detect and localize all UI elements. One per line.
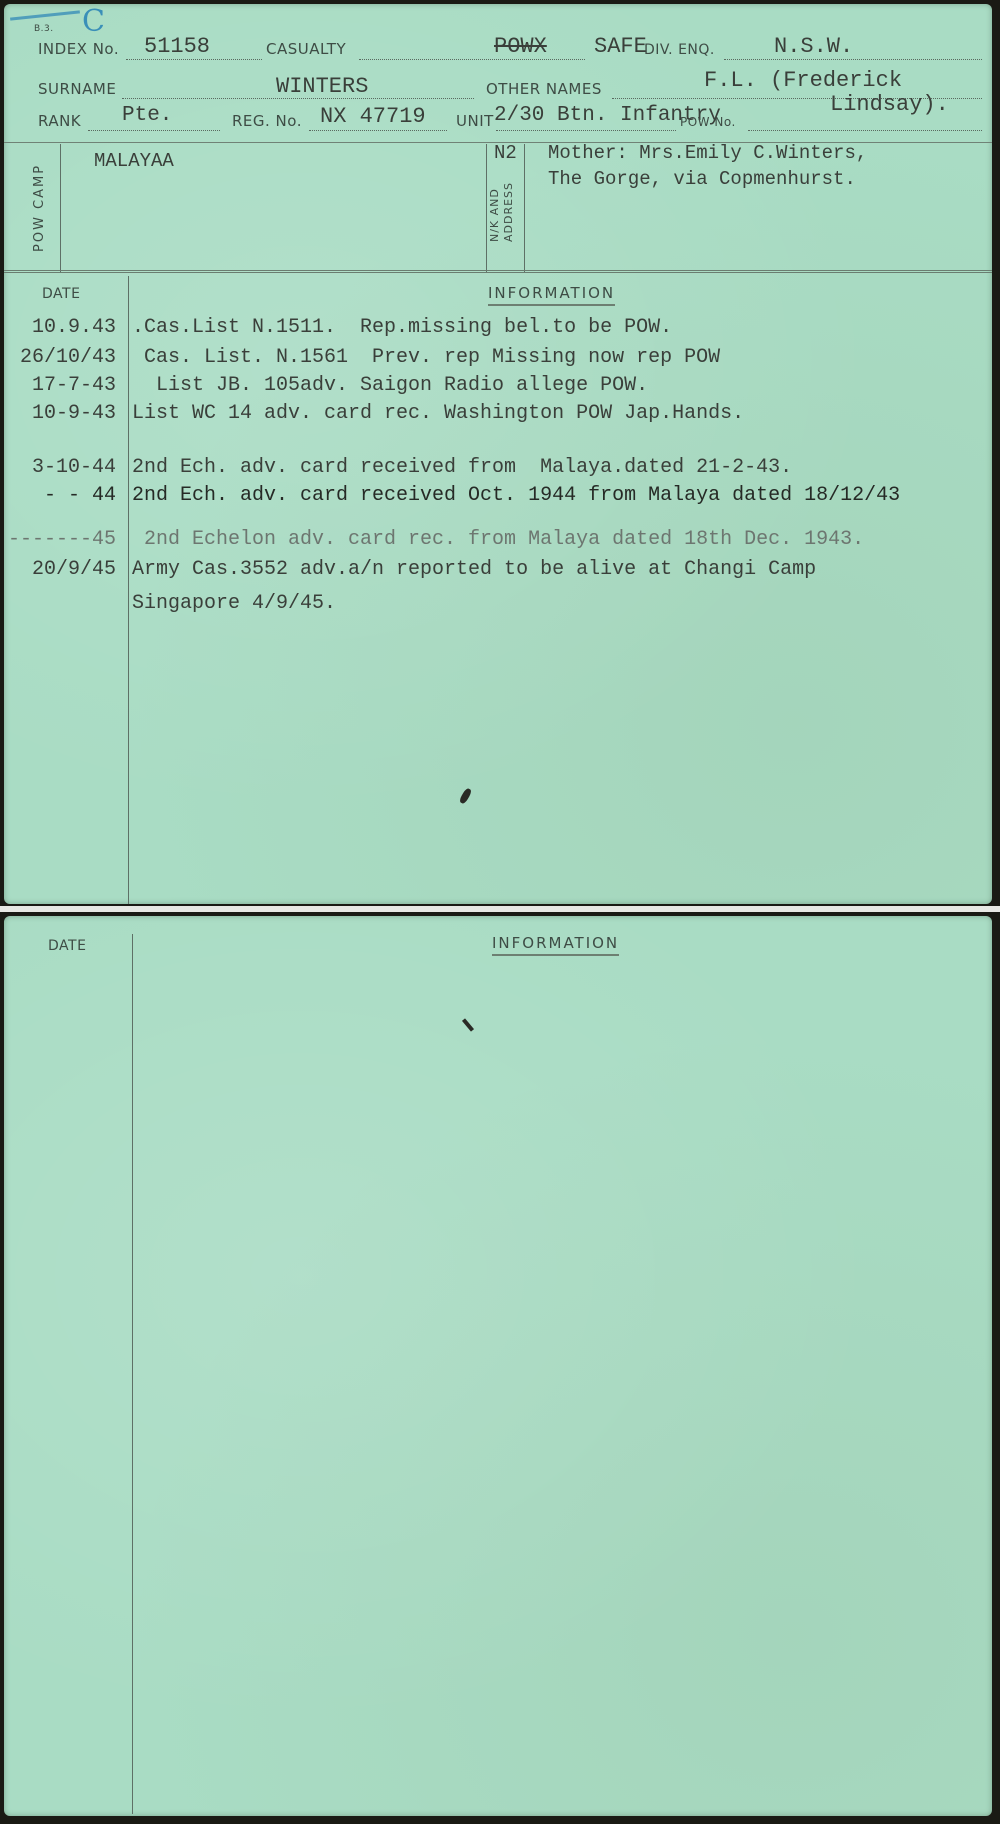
information-row: 17-7-43 List JB. 105adv. Saigon Radio al…	[4, 374, 992, 402]
entry-date: - - 44	[0, 484, 116, 507]
info-header: INFORMATION	[488, 284, 615, 306]
entry-date: 17-7-43	[0, 374, 116, 397]
entry-info: List WC 14 adv. card rec. Washington POW…	[132, 402, 744, 425]
entry-date: -------45	[0, 528, 116, 551]
information-row: Singapore 4/9/45.	[4, 592, 992, 620]
pow-camp-label: POW CAMP	[32, 164, 47, 252]
pow-no-label: POW No.	[680, 115, 736, 129]
record-card-back: DATE INFORMATION	[4, 916, 992, 1816]
rank-label: RANK	[38, 112, 81, 130]
casualty-struck-value: POWX	[494, 34, 547, 59]
reg-no-value: NX 47719	[320, 104, 426, 129]
entry-info: 2nd Ech. adv. card received Oct. 1944 fr…	[132, 484, 900, 507]
nk-code: N2	[494, 142, 517, 164]
div-enq-label: DIV. ENQ.	[644, 42, 715, 58]
reg-no-label: REG. No.	[232, 112, 302, 130]
casualty-label: CASUALTY	[266, 40, 346, 58]
entry-info: Cas. List. N.1561 Prev. rep Missing now …	[132, 346, 720, 369]
entry-date: 10.9.43	[0, 316, 116, 339]
information-row: 26/10/43 Cas. List. N.1561 Prev. rep Mis…	[4, 346, 992, 374]
ink-mark	[462, 1018, 474, 1031]
information-row: 20/9/45Army Cas.3552 adv.a/n reported to…	[4, 558, 992, 586]
index-no-value: 51158	[144, 34, 210, 59]
entry-date: 10-9-43	[0, 402, 116, 425]
pow-camp-value: MALAYAA	[94, 150, 174, 172]
entry-info: Army Cas.3552 adv.a/n reported to be ali…	[132, 558, 816, 581]
unit-label: UNIT	[456, 112, 494, 130]
information-row: 10-9-43List WC 14 adv. card rec. Washing…	[4, 402, 992, 430]
nk-address-line1: Mother: Mrs.Emily C.Winters,	[548, 142, 867, 164]
nk-label-line2: ADDRESS	[502, 182, 515, 242]
entry-info: List JB. 105adv. Saigon Radio allege POW…	[132, 374, 648, 397]
nk-label-line1: N/K AND	[488, 188, 501, 242]
casualty-value: SAFE	[594, 34, 647, 59]
entry-date: 20/9/45	[0, 558, 116, 581]
entry-date: 26/10/43	[0, 346, 116, 369]
div-enq-value: N.S.W.	[774, 34, 853, 59]
pen-strike	[10, 10, 80, 20]
date-header: DATE	[42, 286, 80, 302]
index-no-label: INDEX No.	[38, 40, 119, 58]
surname-value: WINTERS	[276, 74, 368, 99]
ink-blot	[458, 787, 472, 804]
corner-mark: C	[82, 4, 105, 39]
entry-date: 3-10-44	[0, 456, 116, 479]
entry-info: 2nd Echelon adv. card rec. from Malaya d…	[132, 528, 864, 551]
entry-info: .Cas.List N.1511. Rep.missing bel.to be …	[132, 316, 672, 339]
record-card-front: B.3. C INDEX No. 51158 CASUALTY POWX SAF…	[4, 4, 992, 904]
surname-label: SURNAME	[38, 80, 116, 98]
rank-value: Pte.	[122, 104, 172, 127]
back-info-header: INFORMATION	[492, 934, 619, 956]
card-separator	[0, 906, 1000, 912]
back-date-header: DATE	[48, 938, 86, 954]
form-code: B.3.	[34, 24, 54, 34]
nk-address-line2: The Gorge, via Copmenhurst.	[548, 168, 856, 190]
entry-info: Singapore 4/9/45.	[132, 592, 336, 615]
other-names-value-line2: Lindsay).	[830, 92, 949, 117]
information-row: - - 442nd Ech. adv. card received Oct. 1…	[4, 484, 992, 512]
information-row: 3-10-442nd Ech. adv. card received from …	[4, 456, 992, 484]
information-row: 10.9.43.Cas.List N.1511. Rep.missing bel…	[4, 316, 992, 344]
other-names-value-line1: F.L. (Frederick	[704, 68, 902, 93]
information-row: -------45 2nd Echelon adv. card rec. fro…	[4, 528, 992, 556]
other-names-label: OTHER NAMES	[486, 80, 602, 98]
entry-info: 2nd Ech. adv. card received from Malaya.…	[132, 456, 792, 479]
